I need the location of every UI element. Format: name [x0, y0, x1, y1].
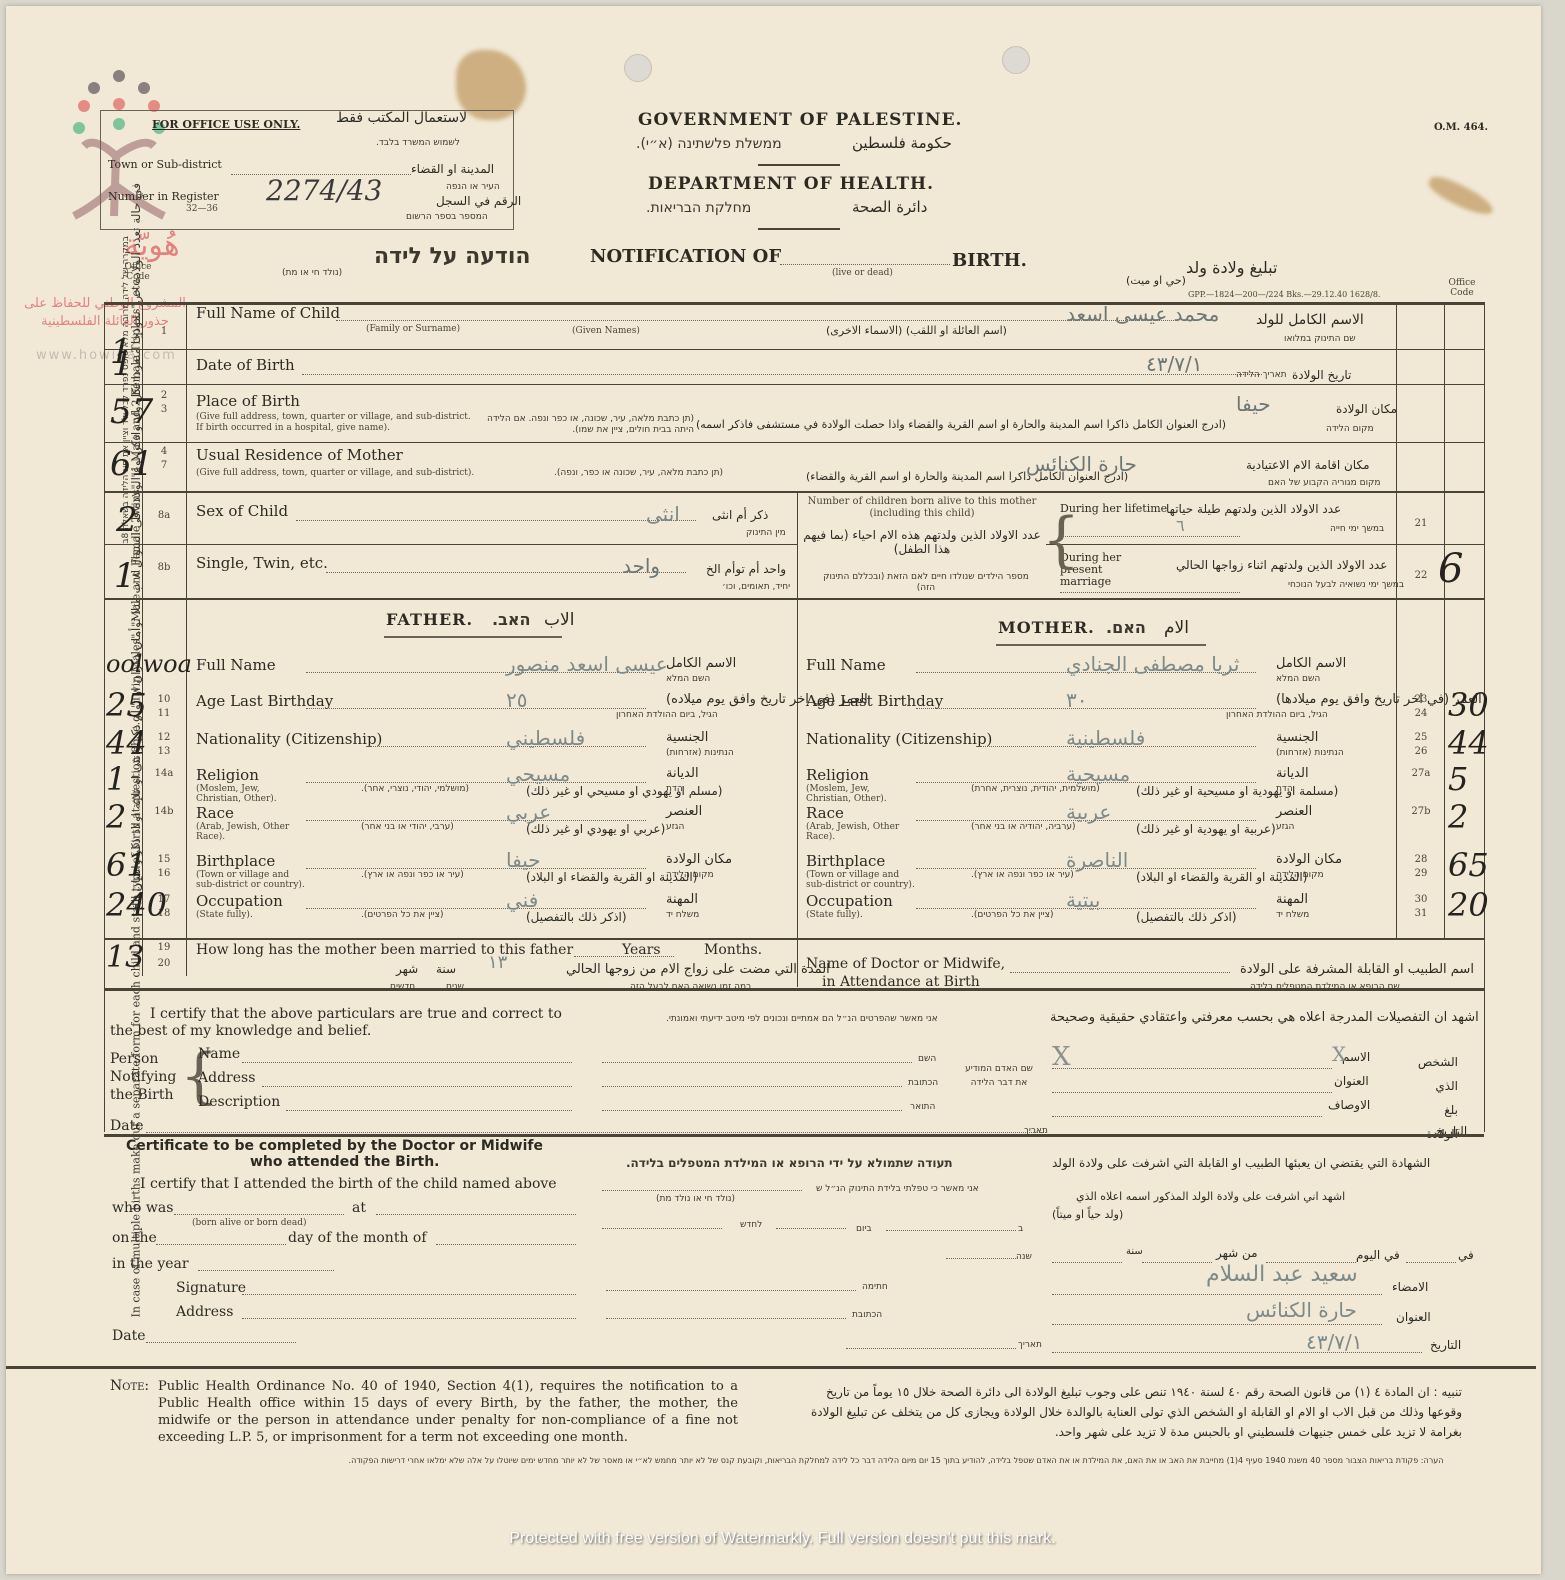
row-border: [104, 349, 1484, 350]
month-field[interactable]: [436, 1244, 576, 1245]
father-full_name-label: Full Name: [196, 656, 276, 674]
col-border: [1444, 302, 1445, 938]
he-year-field[interactable]: [946, 1258, 1016, 1259]
government-title: GOVERNMENT OF PALESTINE.: [638, 110, 962, 130]
ar-year: سنة: [1126, 1246, 1143, 1257]
q-num: 3: [153, 404, 175, 415]
sex-field[interactable]: [296, 520, 696, 521]
mother-occupation-label: Occupation: [806, 892, 893, 910]
department-title-ar: دائرة الصحة: [852, 198, 927, 216]
ar-desc: الاوصاف: [1328, 1098, 1370, 1112]
father-race-label: Race: [196, 804, 234, 822]
residence-label: Usual Residence of Mother: [196, 446, 403, 464]
col-border: [1396, 302, 1397, 938]
child-name-label-ar: الاسم الكامل للولد: [1256, 312, 1364, 328]
ar-name-field[interactable]: [1052, 1068, 1332, 1069]
q-num: 23: [1410, 694, 1432, 705]
divider: [758, 228, 840, 230]
he-address-field[interactable]: [602, 1086, 902, 1087]
doctor-date-label: Date: [112, 1328, 145, 1344]
doctor-date-value[interactable]: ٤٣/٧/١: [1306, 1330, 1362, 1354]
father-nationality-label: Nationality (Citizenship): [196, 730, 382, 748]
mother-race-label-he: הגזע: [1276, 822, 1294, 832]
mother-religion-hint-ar: (مسلمة او يهودية او مسيحية او غير ذلك): [1136, 784, 1338, 798]
ar-day: في اليوم: [1356, 1248, 1400, 1262]
father-age-value[interactable]: ٢٥: [506, 688, 527, 712]
mother-race-value[interactable]: عربية: [1066, 800, 1111, 824]
marriage-years-ar: سنة: [436, 962, 456, 976]
he-desc: התואר: [910, 1102, 935, 1112]
he-name-field[interactable]: [602, 1062, 912, 1063]
doctor-address-label: Address: [176, 1304, 233, 1320]
father-full_name-label-ar: الاسم الكامل: [666, 656, 736, 671]
mother-occupation-hint-he: (ציין את כל הפרטים).: [971, 910, 1054, 920]
q-num: 13: [153, 746, 175, 757]
marriage-children-field[interactable]: [1060, 592, 1240, 593]
office-use-title-ar: لاستعمال المكتب فقط: [336, 110, 467, 126]
mother-occupation-value[interactable]: بيتية: [1066, 888, 1100, 912]
mother-birthplace-hint: (Town or village and sub-district or cou…: [806, 870, 916, 890]
ar-fi-field[interactable]: [1406, 1262, 1456, 1263]
ar-address: العنوان: [1334, 1074, 1369, 1088]
he-cert-field[interactable]: [602, 1190, 802, 1191]
father-birthplace-label: Birthplace: [196, 852, 275, 870]
father-race-label-he: הגזע: [666, 822, 684, 832]
register-number-value[interactable]: 2274/43: [266, 174, 382, 207]
q-num: 31: [1410, 908, 1432, 919]
mother-birthplace-value[interactable]: الناصرة: [1066, 848, 1128, 872]
children-born-label: Number of children born alive to this mo…: [802, 496, 1042, 520]
mother-full_name-value[interactable]: ثريا مصطفى الجنادي: [1066, 652, 1239, 676]
underline: [384, 636, 562, 638]
father-birthplace-value[interactable]: حيفا: [506, 848, 541, 872]
father-occupation-value[interactable]: فني: [506, 888, 538, 912]
mother-religion-value[interactable]: مسيحية: [1066, 762, 1130, 786]
divider: [758, 164, 840, 166]
government-title-he: ממשלת פלשתינה (א״י).: [636, 136, 782, 152]
doctor-cert-title-ar: الشهادة التي يقتضي ان يعبئها الطبيب او ا…: [1052, 1156, 1430, 1170]
marriage-duration-label-ar: المدة التي مضت على زواج الام من زوجها ال…: [566, 962, 830, 977]
year-field[interactable]: [198, 1270, 334, 1271]
he-addr: הכתובת: [852, 1310, 882, 1320]
mother-age-value[interactable]: ٣٠: [1066, 688, 1087, 712]
lifetime-label-he: במשך ימי חייה: [1330, 524, 1384, 534]
he-b-field[interactable]: [886, 1230, 1016, 1231]
office-code-label-left: Office Code: [118, 262, 158, 282]
mother-full_name-label-ar: الاسم الكامل: [1276, 656, 1346, 671]
father-birthplace-label-ar: مكان الولادة: [666, 852, 732, 867]
father-full_name-code: oolwoa: [106, 650, 192, 678]
notifier-name-label: Name: [198, 1046, 240, 1062]
mother-birthplace-code: 65: [1448, 846, 1489, 884]
father-birthplace-hint-ar: (المدينة او القرية والقضاء او البلاد): [526, 870, 697, 884]
place-hint-he: (תן כתבת מלאה, עיר, שכונה, או כפר ונפה. …: [484, 414, 694, 436]
he-addr-field[interactable]: [606, 1318, 846, 1319]
mother-nationality-label-ar: الجنسية: [1276, 730, 1318, 745]
dob-label-he: תאריך הלידה: [1236, 370, 1287, 380]
certify-text-he: אני מאשר שהפרטים הנ״ל הם אמתיים ונכונים …: [666, 1014, 938, 1024]
q-num: 30: [1410, 894, 1432, 905]
mother-occupation-hint-ar: (اذكر ذلك بالتفصيل): [1136, 910, 1237, 924]
child-name-field[interactable]: [336, 320, 1176, 321]
ar-month-field[interactable]: [1142, 1262, 1212, 1263]
father-birthplace-hint: (Town or village and sub-district or cou…: [196, 870, 306, 890]
mother-birthplace-label-ar: مكان الولادة: [1276, 852, 1342, 867]
doctor-address-field[interactable]: [242, 1318, 576, 1319]
brace: {: [1042, 500, 1080, 580]
father-birthplace-code: 61: [106, 846, 147, 884]
office-code-label-right: Office Code: [1442, 278, 1482, 298]
code-sex: 2: [116, 500, 138, 540]
at-field[interactable]: [376, 1214, 576, 1215]
residence-hint-he: (תן כתבת מלאה, עיר, שכונה או כפר, ונפה).: [554, 468, 723, 478]
dob-label: Date of Birth: [196, 356, 295, 374]
notification-title: NOTIFICATION OF: [590, 246, 781, 267]
he-desc-field[interactable]: [602, 1110, 902, 1111]
who-was-hint: (born alive or born dead): [192, 1218, 307, 1228]
birth-notification-form: هُويّة المشروع الوطني للحفاظ على جذور ال…: [6, 6, 1541, 1574]
mother-religion-label-ar: الديانة: [1276, 766, 1309, 781]
mark-x: X: [1052, 1042, 1071, 1072]
q-num: 24: [1410, 708, 1432, 719]
notification-title-ar: تبليغ ولادة ولد: [1186, 258, 1277, 277]
town-label-he: העיר או הנפה: [446, 182, 500, 192]
watermark-text: Protected with free version of Watermark…: [0, 1530, 1565, 1548]
father-race-code: 2: [106, 798, 126, 836]
father-birthplace-field[interactable]: [306, 868, 646, 869]
doctor-name-label-ar: اسم الطبيب او القابلة المشرفة على الولاد…: [1240, 962, 1474, 977]
mother-nationality-label: Nationality (Citizenship): [806, 730, 992, 748]
doctor-cert-title-he: תעודה שתמולא על ידי הרופא או המילדת המטפ…: [626, 1156, 953, 1170]
residence-label-ar: مكان اقامة الام الاعتيادية: [1246, 458, 1370, 472]
single-label-ar: واحد أم توأم الخ: [706, 562, 786, 576]
q-num: 12: [153, 732, 175, 743]
ar-address-field[interactable]: [1052, 1092, 1332, 1093]
note-text-he: הערה: פקודת בריאות הצבור מספר 40 משנת 19…: [346, 1454, 1446, 1467]
sex-label: Sex of Child: [196, 502, 288, 520]
he-year: שנה: [1016, 1252, 1032, 1262]
mother-full_name-label-he: השם המלא: [1276, 674, 1320, 684]
government-title-ar: حكومة فلسطين: [852, 134, 952, 152]
he-month: לחדש: [740, 1220, 762, 1230]
q-num: 14a: [153, 768, 175, 779]
office-use-title: FOR OFFICE USE ONLY.: [152, 118, 300, 131]
father-religion-hint-ar: (مسلم او يهودي او مسيحي او غير ذلك): [526, 784, 722, 798]
he-sig: חתימה: [862, 1282, 888, 1292]
q-num: 29: [1410, 868, 1432, 879]
q-num: 25: [1410, 732, 1432, 743]
on-the-label: on the: [112, 1230, 157, 1246]
notifier-date-field[interactable]: [146, 1132, 1046, 1133]
q-num: 27a: [1410, 768, 1432, 779]
notification-title-he-hint: (נולד חי או מת): [282, 268, 342, 278]
q-num: 16: [153, 868, 175, 879]
place-hint: (Give full address, town, quarter or vil…: [196, 412, 476, 434]
mother-nationality-value[interactable]: فلسطينية: [1066, 726, 1145, 750]
notifier-description-label: Description: [198, 1094, 280, 1110]
father-religion-value[interactable]: مسيحي: [506, 762, 570, 786]
col-border: [186, 302, 187, 976]
mother-race-hint-he: (ערביה, יהודיה או בני אחר): [971, 822, 1076, 832]
ar-sig: الامضاء: [1392, 1280, 1428, 1294]
children-born-label-ar: عدد الاولاد الذين ولدتهم هذه الام احياء …: [802, 528, 1042, 556]
notifier-address-field[interactable]: [262, 1086, 572, 1087]
he-address: הכתובת: [908, 1078, 938, 1088]
printer-mark: GPP.—1824—200—/224 Bks.—29.12.40 1628/8.: [1188, 290, 1380, 299]
he-month-field[interactable]: [602, 1228, 722, 1229]
q-num: 26: [1410, 746, 1432, 757]
father-nationality-label-he: הנתינות (אזרחות): [666, 748, 734, 758]
punch-hole: [624, 54, 652, 82]
dob-field[interactable]: [302, 374, 1262, 375]
mother-heading: MOTHER.: [998, 618, 1095, 637]
father-nationality-label-ar: الجنسية: [666, 730, 708, 745]
ar-year-field[interactable]: [1052, 1262, 1122, 1263]
marriage-months-he: חדשים: [390, 982, 415, 992]
father-heading-ar: الاب: [544, 610, 574, 630]
stain: [1425, 172, 1497, 220]
mother-race-hint-ar: (عربية او يهودية او غير ذلك): [1136, 822, 1276, 836]
signature-value[interactable]: سعيد عبد السلام: [1206, 1262, 1358, 1287]
he-b: ב: [1018, 1224, 1023, 1234]
he-sig-field[interactable]: [606, 1290, 856, 1291]
doctor-date-field[interactable]: [146, 1342, 296, 1343]
father-religion-label: Religion: [196, 766, 259, 784]
father-full_name-label-he: השם המלא: [666, 674, 710, 684]
father-race-hint: (Arab, Jewish, Other Race).: [196, 822, 306, 842]
q-num: 8b: [153, 562, 175, 573]
q-num: 27b: [1410, 806, 1432, 817]
q-num: 11: [153, 708, 175, 719]
place-label-ar: مكان الولادة: [1336, 402, 1397, 416]
mother-occupation-label-ar: المهنة: [1276, 892, 1308, 907]
q-num: 20: [153, 958, 175, 969]
marriage-months-ar: شهر: [396, 962, 418, 976]
mother-religion-code: 5: [1448, 760, 1468, 798]
lifetime-value[interactable]: ٦: [1176, 516, 1185, 535]
form-code: O.M. 464.: [1434, 122, 1488, 133]
row-border: [104, 938, 1484, 940]
register-codes: 32—36: [186, 204, 218, 214]
row-border: [104, 598, 1484, 600]
q-num: 1: [153, 326, 175, 337]
father-race-value[interactable]: عربي: [506, 800, 551, 824]
father-religion-label-ar: الديانة: [666, 766, 699, 781]
notifier-address-label: Address: [198, 1070, 255, 1086]
doctor-cert-hint-ar: (ولد حياً او ميتاً): [1052, 1208, 1123, 1221]
doctor-cert-line1-he: אני מאשר כי טפלתי בלידת התינוק הנ״ל ש: [816, 1184, 979, 1194]
residence-value[interactable]: حارة الكنائس: [1026, 452, 1137, 476]
notifier-date-label: Date: [110, 1118, 143, 1134]
doctor-cert-title2: who attended the Birth.: [250, 1154, 439, 1170]
father-occupation-code: 240: [106, 886, 167, 924]
he-date-field[interactable]: [846, 1348, 1016, 1349]
father-race-hint-ar: (عربي او يهودي او غير ذلك): [526, 822, 665, 836]
marriage-years-he: שנים: [446, 982, 464, 992]
mother-heading-ar: الام: [1164, 618, 1189, 638]
he-group: שם האדם המודיע את דבר הלידה: [964, 1062, 1034, 1090]
dob-label-ar: تاريخ الولادة: [1292, 368, 1351, 382]
who-was-field[interactable]: [174, 1214, 344, 1215]
he-day: ביום: [856, 1224, 872, 1234]
he-day-field[interactable]: [776, 1228, 846, 1229]
in-year-label: in the year: [112, 1256, 189, 1272]
father-nationality-code: 44: [106, 724, 147, 762]
father-race-hint-he: (ערבי, יהודי או בני אחר): [361, 822, 454, 832]
residence-label-he: מקום מגוריה הקבוע של האם: [1268, 478, 1381, 488]
mark-x: X: [1332, 1042, 1346, 1066]
lifetime-field[interactable]: [1060, 536, 1240, 537]
notifier-description-field[interactable]: [286, 1110, 572, 1111]
father-race-label-ar: العنصر: [666, 804, 702, 819]
town-label-ar: المدينة او القضاء: [411, 162, 494, 176]
sex-label-he: מין התינוק: [746, 528, 786, 538]
dob-value[interactable]: ٤٣/٧/١: [1146, 352, 1202, 376]
register-label-he: המספר בספר הרשום: [406, 212, 488, 222]
ar-date-doc: التاريخ: [1430, 1338, 1461, 1352]
mother-age-label-he: הגיל, ביום ההולדת האחרון: [1226, 710, 1328, 720]
mother-birthplace-hint-ar: (المدينة او القرية والقضاء او البلاد): [1136, 870, 1307, 884]
he-date: תאריך: [1018, 1340, 1042, 1350]
notifier-name-field[interactable]: [242, 1062, 572, 1063]
father-age-code: 25: [106, 686, 147, 724]
father-occupation-hint: (State fully).: [196, 910, 306, 920]
note-text-en: Public Health Ordinance No. 40 of 1940, …: [158, 1378, 738, 1446]
note-label: Note:: [110, 1378, 149, 1394]
place-label: Place of Birth: [196, 392, 300, 410]
father-full_name-value[interactable]: عيسى اسعد منصور: [506, 652, 668, 676]
section-divider: [6, 1366, 1536, 1369]
notification-title-he: הודעה על לידה: [374, 244, 530, 269]
who-was-label: who was: [112, 1200, 173, 1216]
day-field[interactable]: [156, 1244, 286, 1245]
live-or-dead-field[interactable]: [780, 264, 950, 265]
single-value[interactable]: واحد: [622, 554, 660, 578]
father-religion-field[interactable]: [306, 782, 646, 783]
code-place: 57: [110, 392, 153, 432]
place-value[interactable]: حيفا: [1236, 392, 1271, 416]
sex-value[interactable]: انثى: [646, 502, 680, 526]
sex-label-ar: ذكر أم انثى: [712, 508, 768, 522]
mother-occupation-code: 20: [1448, 886, 1489, 924]
q-num: 4: [153, 446, 175, 457]
doctor-cert-line1-ar: اشهد اني اشرفت على ولادة الولد المذكور ا…: [1076, 1190, 1345, 1203]
father-birthplace-hint-he: (עיר או כפר ונפה או ארץ).: [361, 870, 464, 880]
father-occupation-field[interactable]: [306, 908, 646, 909]
mother-religion-label: Religion: [806, 766, 869, 784]
ar-date-doc-field[interactable]: [1052, 1352, 1422, 1353]
father-age-field[interactable]: [306, 708, 646, 709]
certify-text-ar: اشهد ان التفصيلات المدرجة اعلاه هي بحسب …: [1050, 1010, 1479, 1025]
father-religion-hint: (Moslem, Jew, Christian, Other).: [196, 784, 306, 804]
q-num: 2: [153, 390, 175, 401]
father-heading-he: האב.: [492, 610, 530, 629]
note-text-ar: تنبيه : ان المادة ٤ (١) من قانون الصحة ر…: [792, 1382, 1462, 1442]
father-occupation-hint-ar: (اذكر ذلك بالتفصيل): [526, 910, 627, 924]
row-border: [104, 544, 797, 545]
code-dob: 1: [112, 344, 134, 384]
doctor-cert-title: Certificate to be completed by the Docto…: [126, 1138, 543, 1154]
father-religion-hint-he: (מושלמי, יהודי, נוצרי, אחר).: [361, 784, 469, 794]
mother-religion-hint: (Moslem, Jew, Christian, Other).: [806, 784, 916, 804]
section-divider: [104, 1134, 1484, 1137]
residence-hint: (Give full address, town, quarter or vil…: [196, 468, 474, 478]
col-border: [104, 302, 105, 1132]
code-marriage: 13: [106, 940, 144, 975]
doctor-cert-hint-he: (נולד חי או נולד מת): [656, 1194, 735, 1204]
marriage-duration-label: How long has the mother been married to …: [196, 942, 573, 958]
code-single: 1: [114, 556, 136, 596]
given-hint: (Given Names): [572, 326, 640, 336]
mother-race-code: 2: [1448, 798, 1468, 836]
register-label-ar: الرقم في السجل: [436, 194, 521, 208]
certify-text: I certify that the above particulars are…: [110, 1006, 580, 1040]
q-num: 15: [153, 854, 175, 865]
code-residence: 61: [110, 444, 153, 484]
child-name-label: Full Name of Child: [196, 304, 340, 322]
live-or-dead-hint: (live or dead): [832, 268, 893, 278]
ar-addr-field[interactable]: [1052, 1324, 1382, 1325]
ar-desc-field[interactable]: [1052, 1116, 1322, 1117]
department-title-he: מחלקת הבריאות.: [646, 200, 751, 216]
doctor-name-field[interactable]: [1010, 972, 1230, 973]
q-num: 14b: [153, 806, 175, 817]
ar-month: من شهر: [1216, 1246, 1258, 1260]
row-border: [104, 491, 1484, 493]
mother-race-label: Race: [806, 804, 844, 822]
father-race-field[interactable]: [306, 820, 646, 821]
father-heading: FATHER.: [386, 610, 473, 629]
family-hint: (Family or Surname): [366, 324, 460, 334]
q-num: 19: [153, 942, 175, 953]
at-label: at: [352, 1200, 366, 1216]
ar-addr: العنوان: [1396, 1310, 1431, 1324]
years-label: Years: [622, 942, 661, 958]
father-age-label-he: הגיל, ביום ההולדת האחרון: [616, 710, 718, 720]
mother-occupation-hint: (State fully).: [806, 910, 916, 920]
child-name-value[interactable]: محمد عيسى اسعد: [1066, 302, 1219, 326]
marriage-duration-label-he: כמה זמן נשואה האם לבעל הזה: [630, 982, 751, 992]
place-label-he: מקום הלידה: [1326, 424, 1374, 434]
underline: [996, 644, 1206, 646]
office-use-title-he: לשמוש המשרד בלבד.: [376, 138, 460, 148]
father-occupation-label-he: משלח יד: [666, 910, 699, 920]
marriage-children-label-he: במשך ימי נשואיה לבעל הנוכחי: [1288, 580, 1404, 590]
mother-nationality-label-he: הנתינות (אזרחות): [1276, 748, 1344, 758]
father-occupation-label: Occupation: [196, 892, 283, 910]
row-border: [104, 442, 1484, 443]
q-num: 22: [1410, 570, 1432, 581]
signature-field[interactable]: [242, 1294, 576, 1295]
doctor-address-value[interactable]: حارة الكنائس: [1246, 1298, 1357, 1322]
notification-title-birth: BIRTH.: [952, 250, 1027, 271]
child-name-hint-ar: (اسم العائلة او اللقب) (الاسماء الاخرى): [826, 324, 1007, 337]
father-nationality-value[interactable]: فلسطيني: [506, 726, 585, 750]
mother-birthplace-label: Birthplace: [806, 852, 885, 870]
place-hint-ar: (ادرج العنوان الكامل ذاكرا اسم المدينة و…: [696, 418, 1226, 431]
mother-heading-he: האם.: [1106, 618, 1146, 637]
col-border: [797, 491, 798, 987]
ar-sig-field[interactable]: [1052, 1294, 1382, 1295]
he-name: השם: [918, 1054, 936, 1064]
months-label: Months.: [704, 942, 762, 958]
signature-label: Signature: [176, 1280, 246, 1296]
father-occupation-hint-he: (ציין את כל הפרטים).: [361, 910, 444, 920]
mother-race-hint: (Arab, Jewish, Other Race).: [806, 822, 916, 842]
marriage-duration-value[interactable]: ١٣: [488, 952, 507, 973]
lifetime-label-ar: عدد الاولاد الذين ولدتهم طيلة حياتها: [1166, 502, 1341, 516]
ar-fi: في: [1458, 1248, 1474, 1262]
